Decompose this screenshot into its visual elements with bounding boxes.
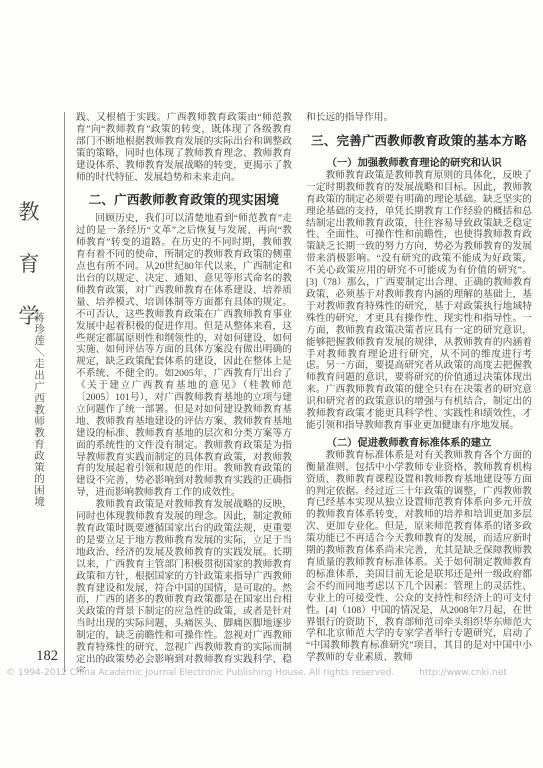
cnki-url: http://www.cnki.net bbox=[419, 668, 507, 678]
section-heading-2: 二、广西教师教育政策的现实困境 bbox=[76, 190, 292, 208]
paragraph: 教师教育标准体系是对有关教师教育各个方面的衡量准则，包括中小学教师专业资格、教师… bbox=[306, 450, 532, 664]
sidebar-divider bbox=[64, 112, 65, 672]
copyright-text: © 1994-2012 China Academic Journal Elect… bbox=[6, 668, 394, 678]
subsection-heading-1: （一）加强教师教育理论的研究和认识 bbox=[306, 154, 532, 169]
article-body: 践、又根植于实践。广西教师教育政策由“师范教育”向“教师教育”政策的转变，既体现… bbox=[76, 112, 532, 672]
paragraph-continuation: 和长远的指导作用。 bbox=[306, 112, 532, 124]
paragraph-continuation: 践、又根植于实践。广西教师教育政策由“师范教育”向“教师教育”政策的转变，既体现… bbox=[76, 112, 292, 183]
left-column: 践、又根植于实践。广西教师教育政策由“师范教育”向“教师教育”政策的转变，既体现… bbox=[76, 112, 292, 672]
watermark-footer: © 1994-2012 China Academic Journal Elect… bbox=[6, 668, 540, 678]
paragraph: 教师教育政策是对教师教育发展战略的反映，同时也体现教师教育发展的理念。因此，制定… bbox=[76, 499, 292, 672]
subsection-heading-2: （二）促进教师教育标准体系的建立 bbox=[306, 434, 532, 449]
right-column: 和长远的指导作用。 三、完善广西教师教育政策的基本方略 （一）加强教师教育理论的… bbox=[306, 112, 532, 672]
journal-page: 教 育 学 蒋珍莲＼走出广西教师教育政策的困境 182 践、又根植于实践。广西教… bbox=[0, 0, 543, 768]
page-number: 182 bbox=[0, 648, 58, 665]
section-char: 教 bbox=[19, 196, 40, 226]
section-heading-3: 三、完善广西教师教育政策的基本方略 bbox=[306, 131, 532, 149]
journal-section-label: 教 育 学 bbox=[0, 196, 58, 330]
sidebar: 教 育 学 蒋珍莲＼走出广西教师教育政策的困境 182 bbox=[0, 0, 64, 768]
paragraph: 教师教育政策是教师教育原则的具体化，反映了一定时期教师教育的发展战略和目标。因此… bbox=[306, 170, 532, 432]
running-title: 蒋珍莲＼走出广西教师教育政策的困境 bbox=[31, 312, 46, 522]
section-char: 育 bbox=[19, 248, 40, 278]
paragraph: 回顾历史，我们可以清楚地看到“师范教育”走过的是一条经历“文革”之后恢复与发展、… bbox=[76, 213, 292, 499]
